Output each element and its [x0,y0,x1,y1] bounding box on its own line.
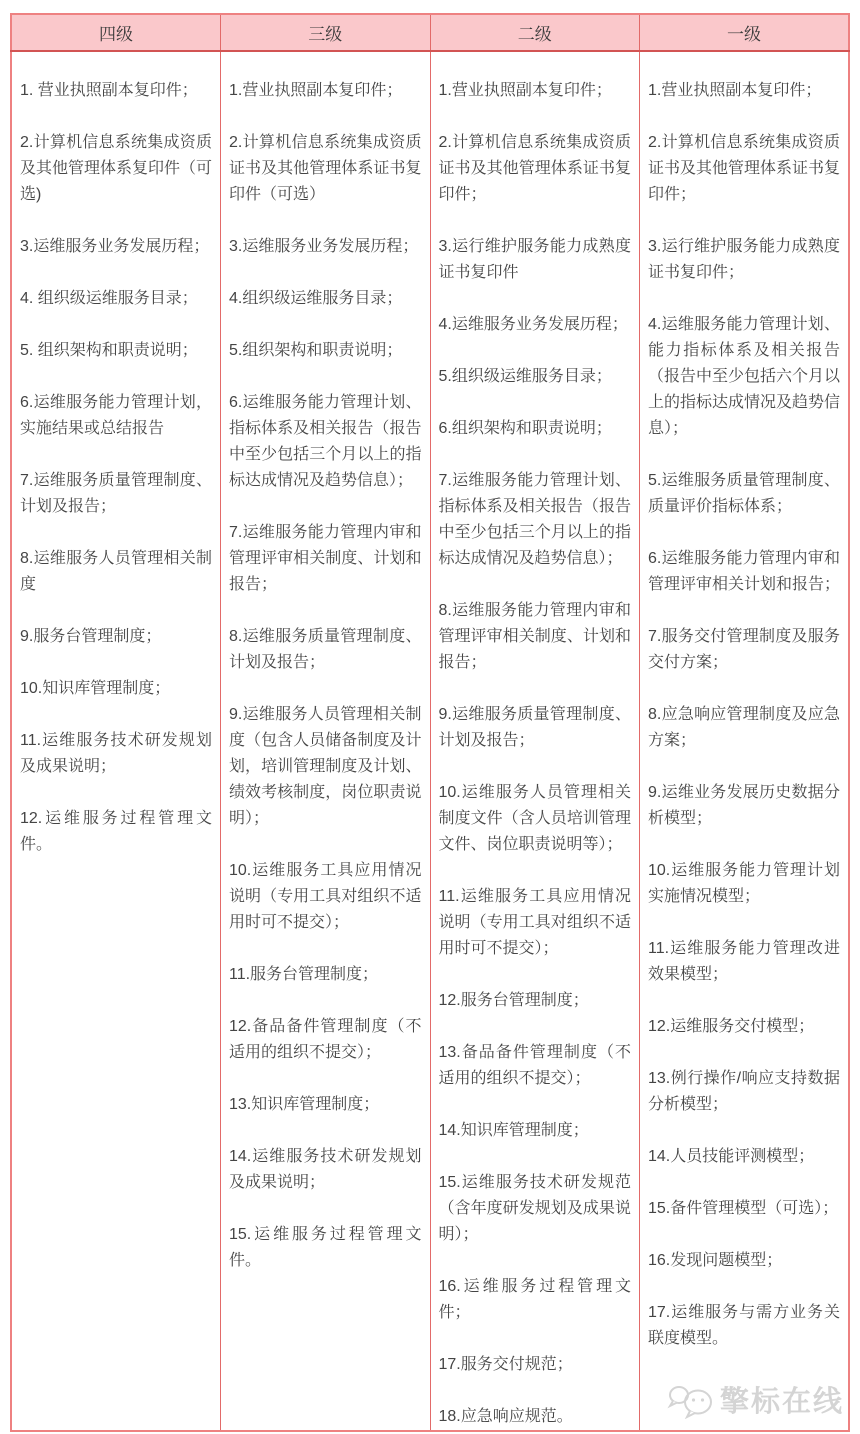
list-item: 6.运维服务能力管理计划、指标体系及相关报告（报告中至少包括三个月以上的指标达成… [229,390,422,494]
list-item: 7.运维服务能力管理计划、指标体系及相关报告（报告中至少包括三个月以上的指标达成… [439,468,632,572]
list-item: 2.计算机信息系统集成资质及其他管理体系复印件（可选) [20,130,212,208]
list-item: 1.营业执照副本复印件； [648,78,840,104]
list-item: 17.运维服务与需方业务关联度模型。 [648,1300,840,1352]
page: 四级 三级 二级 一级 1. 营业执照副本复印件；2.计算机信息系统集成资质及其… [0,0,860,1434]
requirement-list-level4: 1. 营业执照副本复印件；2.计算机信息系统集成资质及其他管理体系复印件（可选)… [20,78,212,858]
list-item: 2.计算机信息系统集成资质证书及其他管理体系证书复印件； [648,130,840,208]
list-item: 7.运维服务质量管理制度、计划及报告； [20,468,212,520]
list-item: 4.运维服务业务发展历程； [439,312,632,338]
list-item: 16.发现问题模型； [648,1248,840,1274]
list-item: 1. 营业执照副本复印件； [20,78,212,104]
column-cell-level2: 1.营业执照副本复印件；2.计算机信息系统集成资质证书及其他管理体系证书复印件；… [430,51,640,1431]
requirement-list-level3: 1.营业执照副本复印件；2.计算机信息系统集成资质证书及其他管理体系证书复印件（… [229,78,422,1274]
list-item: 4.组织级运维服务目录； [229,286,422,312]
column-header-level3: 三级 [221,14,431,51]
list-item: 1.营业执照副本复印件； [229,78,422,104]
list-item: 13.备品备件管理制度（不适用的组织不提交）； [439,1040,632,1092]
table-header-row: 四级 三级 二级 一级 [11,14,849,51]
list-item: 6.运维服务能力管理计划，实施结果或总结报告 [20,390,212,442]
list-item: 3.运维服务业务发展历程； [229,234,422,260]
list-item: 4. 组织级运维服务目录； [20,286,212,312]
list-item: 5.组织级运维服务目录； [439,364,632,390]
watermark-label: 擎标在线 [720,1379,844,1420]
list-item: 5.运维服务质量管理制度、质量评价指标体系； [648,468,840,520]
list-item: 15.运维服务过程管理文件。 [229,1222,422,1274]
list-item: 13.知识库管理制度； [229,1092,422,1118]
list-item: 14.人员技能评测模型； [648,1144,840,1170]
list-item: 15.备件管理模型（可选）； [648,1196,840,1222]
column-cell-level3: 1.营业执照副本复印件；2.计算机信息系统集成资质证书及其他管理体系证书复印件（… [221,51,431,1431]
list-item: 14.知识库管理制度； [439,1118,632,1144]
list-item: 12.服务台管理制度； [439,988,632,1014]
list-item: 2.计算机信息系统集成资质证书及其他管理体系证书复印件； [439,130,632,208]
list-item: 9.运维服务人员管理相关制度（包含人员储备制度及计划，培训管理制度及计划、绩效考… [229,702,422,832]
list-item: 17.服务交付规范； [439,1352,632,1378]
column-header-level1: 一级 [640,14,850,51]
list-item: 11.服务台管理制度； [229,962,422,988]
list-item: 8.运维服务质量管理制度、计划及报告； [229,624,422,676]
certification-requirements-table: 四级 三级 二级 一级 1. 营业执照副本复印件；2.计算机信息系统集成资质及其… [10,13,850,1432]
list-item: 3.运行维护服务能力成熟度证书复印件 [439,234,632,286]
list-item: 8.运维服务人员管理相关制度 [20,546,212,598]
list-item: 3.运行维护服务能力成熟度证书复印件； [648,234,840,286]
watermark: 擎标在线 [666,1379,844,1420]
list-item: 9.运维服务质量管理制度、计划及报告； [439,702,632,754]
list-item: 12.备品备件管理制度（不适用的组织不提交）； [229,1014,422,1066]
list-item: 7.运维服务能力管理内审和管理评审相关制度、计划和报告； [229,520,422,598]
list-item: 6.运维服务能力管理内审和管理评审相关计划和报告； [648,546,840,598]
list-item: 5. 组织架构和职责说明； [20,338,212,364]
list-item: 18.应急响应规范。 [439,1404,632,1430]
list-item: 8.运维服务能力管理内审和管理评审相关制度、计划和报告； [439,598,632,676]
list-item: 12.运维服务交付模型； [648,1014,840,1040]
list-item: 9.服务台管理制度； [20,624,212,650]
list-item: 10.知识库管理制度； [20,676,212,702]
list-item: 15.运维服务技术研发规范（含年度研发规划及成果说明）； [439,1170,632,1248]
list-item: 11.运维服务能力管理改进效果模型； [648,936,840,988]
list-item: 13.例行操作/响应支持数据分析模型； [648,1066,840,1118]
requirement-list-level2: 1.营业执照副本复印件；2.计算机信息系统集成资质证书及其他管理体系证书复印件；… [439,78,632,1430]
list-item: 3.运维服务业务发展历程； [20,234,212,260]
column-header-level2: 二级 [430,14,640,51]
column-header-level4: 四级 [11,14,221,51]
list-item: 9.运维业务发展历史数据分析模型； [648,780,840,832]
list-item: 12.运维服务过程管理文件。 [20,806,212,858]
list-item: 11.运维服务工具应用情况说明（专用工具对组织不适用时可不提交）； [439,884,632,962]
list-item: 8.应急响应管理制度及应急方案； [648,702,840,754]
list-item: 10.运维服务能力管理计划实施情况模型； [648,858,840,910]
table-body: 1. 营业执照副本复印件；2.计算机信息系统集成资质及其他管理体系复印件（可选)… [11,51,849,1431]
list-item: 1.营业执照副本复印件； [439,78,632,104]
list-item: 5.组织架构和职责说明； [229,338,422,364]
requirement-list-level1: 1.营业执照副本复印件；2.计算机信息系统集成资质证书及其他管理体系证书复印件；… [648,78,840,1352]
list-item: 10.运维服务人员管理相关制度文件（含人员培训管理文件、岗位职责说明等）； [439,780,632,858]
list-item: 4.运维服务能力管理计划、能力指标体系及相关报告（报告中至少包括六个月以上的指标… [648,312,840,442]
list-item: 2.计算机信息系统集成资质证书及其他管理体系证书复印件（可选） [229,130,422,208]
list-item: 14.运维服务技术研发规划及成果说明； [229,1144,422,1196]
list-item: 11.运维服务技术研发规划及成果说明； [20,728,212,780]
list-item: 7.服务交付管理制度及服务交付方案； [648,624,840,676]
list-item: 6.组织架构和职责说明； [439,416,632,442]
column-cell-level1: 1.营业执照副本复印件；2.计算机信息系统集成资质证书及其他管理体系证书复印件；… [640,51,850,1431]
column-cell-level4: 1. 营业执照副本复印件；2.计算机信息系统集成资质及其他管理体系复印件（可选)… [11,51,221,1431]
list-item: 16.运维服务过程管理文件； [439,1274,632,1326]
list-item: 10.运维服务工具应用情况说明（专用工具对组织不适用时可不提交）； [229,858,422,936]
wechat-icon [666,1381,716,1419]
